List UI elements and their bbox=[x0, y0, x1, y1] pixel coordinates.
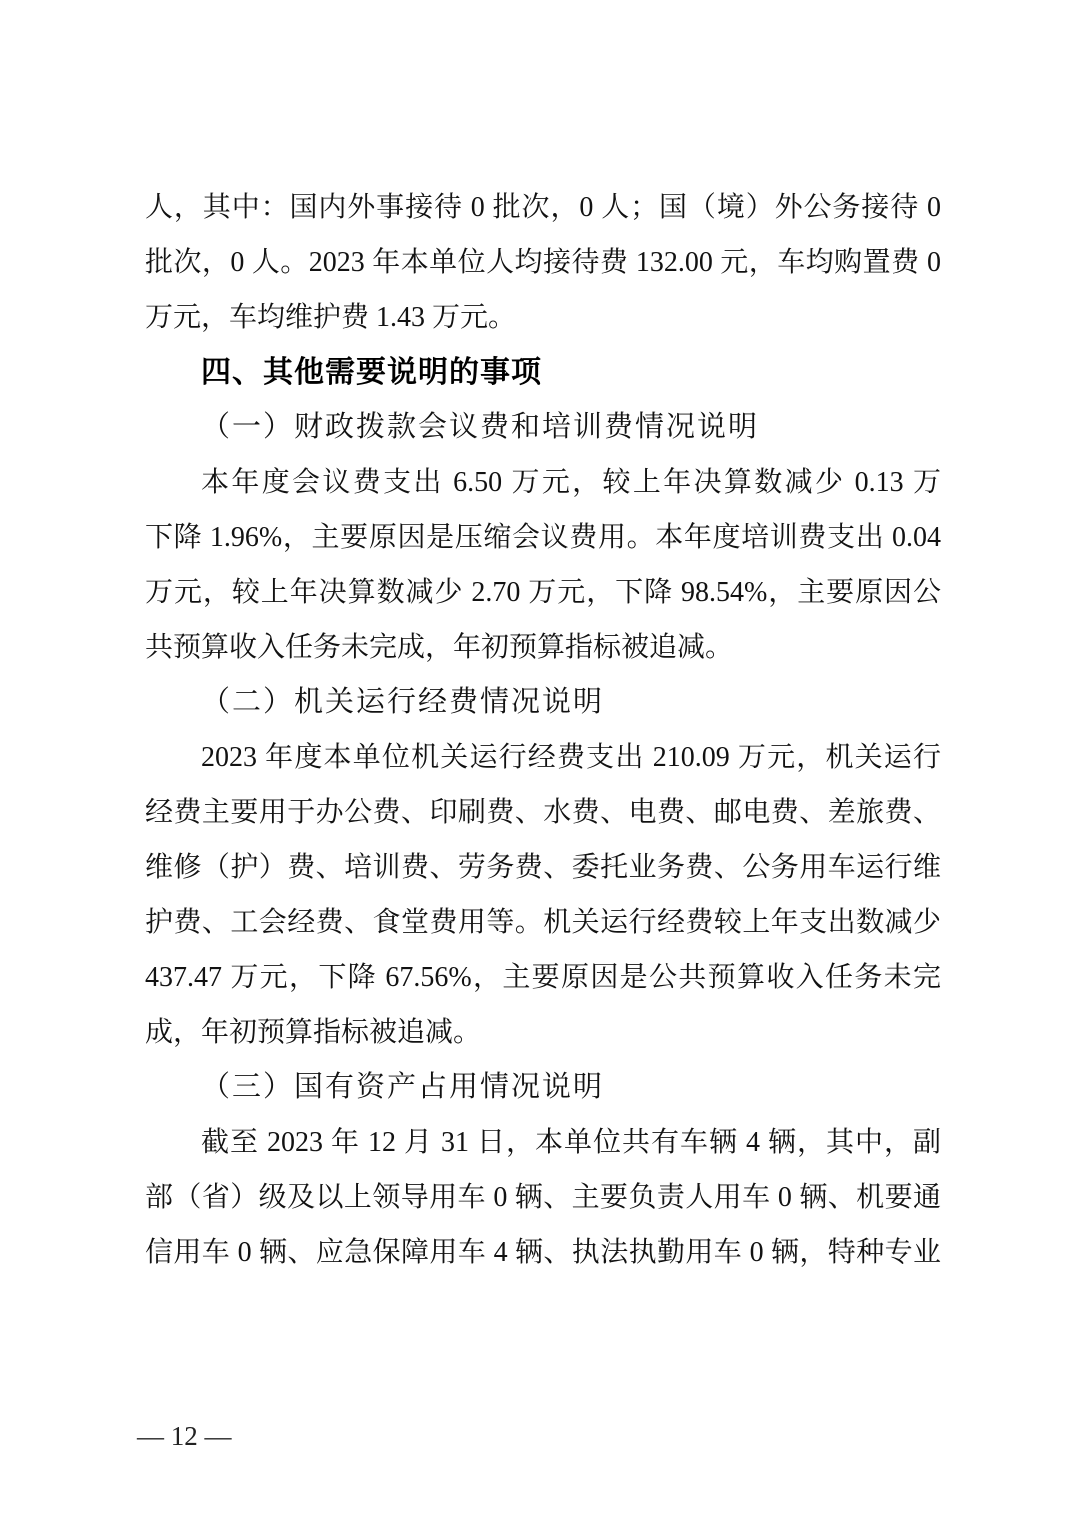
paragraph-line: 437.47 万元，下降 67.56%，主要原因是公共预算收入任务未完 bbox=[145, 950, 941, 1005]
paragraph-line: 共预算收入任务未完成，年初预算指标被追减。 bbox=[145, 620, 941, 675]
paragraph-carryover-line: 批次，0 人。2023 年本单位人均接待费 132.00 元，车均购置费 0 bbox=[145, 235, 941, 290]
subsection-heading-2: （二）机关运行经费情况说明 bbox=[145, 675, 941, 730]
paragraph-carryover-line: 人，其中：国内外事接待 0 批次，0 人；国（境）外公务接待 0 bbox=[145, 180, 941, 235]
subsection-heading-1: （一）财政拨款会议费和培训费情况说明 bbox=[145, 400, 941, 455]
paragraph-line: 信用车 0 辆、应急保障用车 4 辆、执法执勤用车 0 辆，特种专业 bbox=[145, 1225, 941, 1280]
document-body: 人，其中：国内外事接待 0 批次，0 人；国（境）外公务接待 0 批次，0 人。… bbox=[145, 180, 941, 1280]
paragraph-line: 2023 年度本单位机关运行经费支出 210.09 万元，机关运行 bbox=[145, 730, 941, 785]
paragraph-line: 维修（护）费、培训费、劳务费、委托业务费、公务用车运行维 bbox=[145, 840, 941, 895]
paragraph-line: 部（省）级及以上领导用车 0 辆、主要负责人用车 0 辆、机要通 bbox=[145, 1170, 941, 1225]
paragraph-line: 成，年初预算指标被追减。 bbox=[145, 1005, 941, 1060]
subsection-heading-3: （三）国有资产占用情况说明 bbox=[145, 1060, 941, 1115]
paragraph-line: 万元，较上年决算数减少 2.70 万元，下降 98.54%，主要原因公 bbox=[145, 565, 941, 620]
paragraph-line: 截至 2023 年 12 月 31 日，本单位共有车辆 4 辆，其中，副 bbox=[145, 1115, 941, 1170]
paragraph-line: 下降 1.96%，主要原因是压缩会议费用。本年度培训费支出 0.04 bbox=[145, 510, 941, 565]
section-heading: 四、其他需要说明的事项 bbox=[145, 345, 941, 400]
paragraph-line: 经费主要用于办公费、印刷费、水费、电费、邮电费、差旅费、 bbox=[145, 785, 941, 840]
document-page: 人，其中：国内外事接待 0 批次，0 人；国（境）外公务接待 0 批次，0 人。… bbox=[0, 0, 1074, 1520]
paragraph-line: 护费、工会经费、食堂费用等。机关运行经费较上年支出数减少 bbox=[145, 895, 941, 950]
paragraph-carryover-line: 万元，车均维护费 1.43 万元。 bbox=[145, 290, 941, 345]
paragraph-line: 本年度会议费支出 6.50 万元，较上年决算数减少 0.13 万元， bbox=[145, 455, 941, 510]
page-number: — 12 — bbox=[137, 1415, 232, 1457]
